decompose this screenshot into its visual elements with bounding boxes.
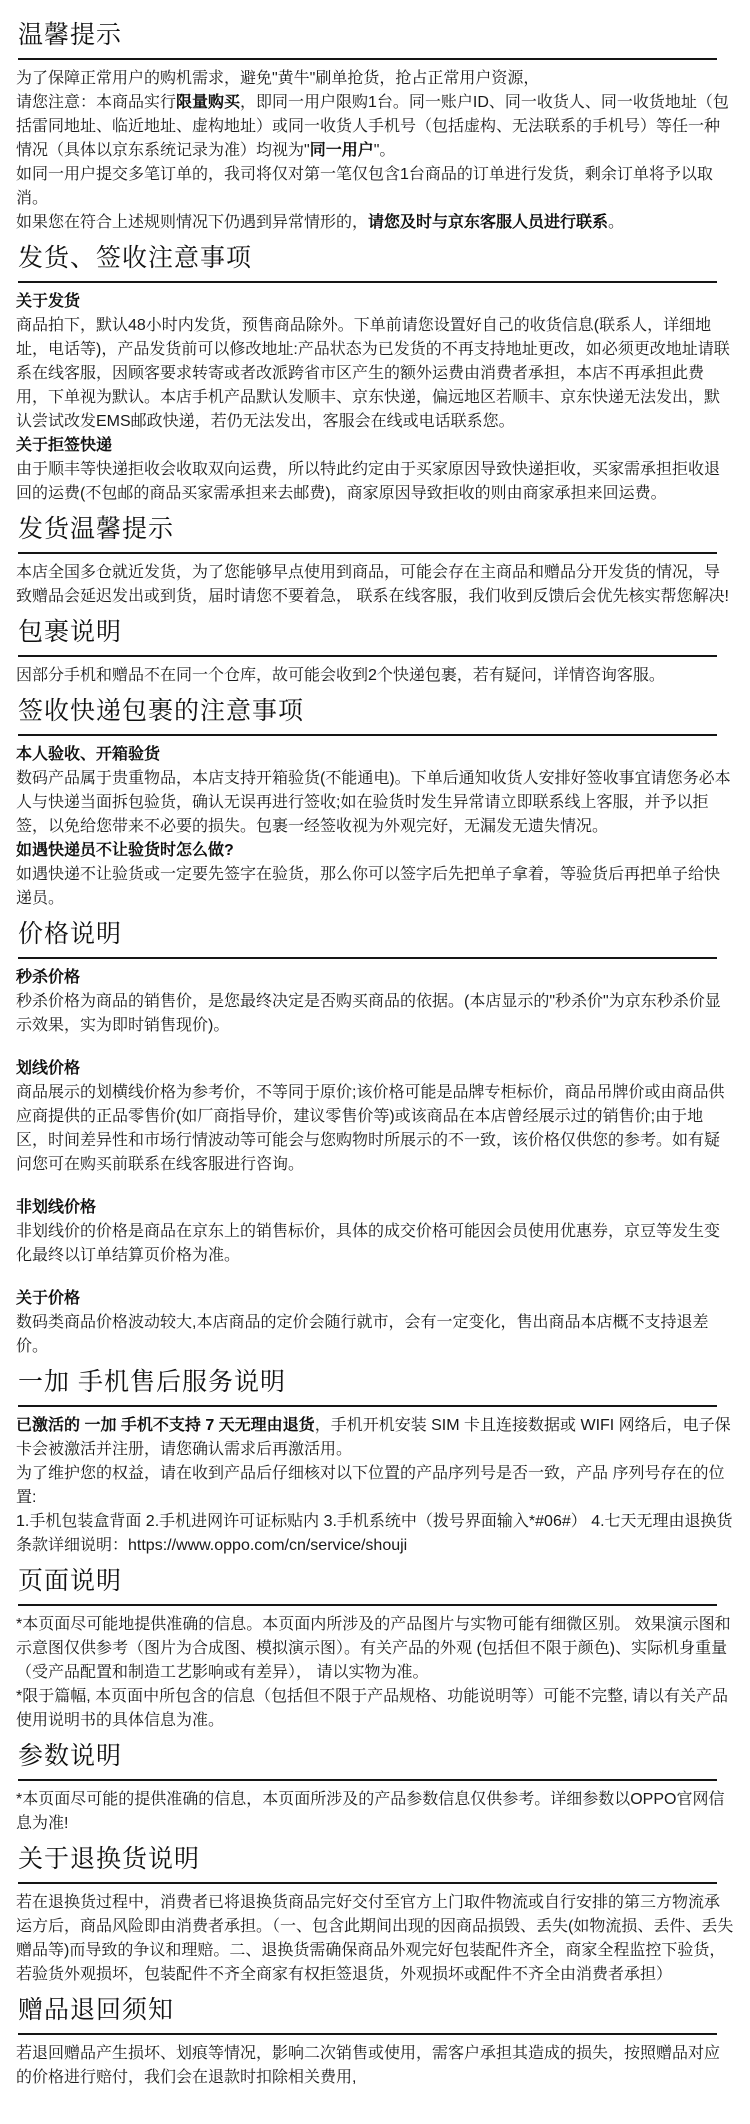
section-divider	[18, 655, 717, 657]
notice-section: 签收快递包裹的注意事项本人验收、开箱验货数码产品属于贵重物品，本店支持开箱验货(…	[16, 696, 735, 911]
notice-section: 温馨提示为了保障正常用户的购机需求，避免"黄牛"刷单抢货，抢占正常用户资源，请您…	[16, 20, 735, 235]
paragraph: 1.手机包装盒背面 2.手机进网许可证标贴内 3.手机系统中（拨号界面输入*#0…	[16, 1510, 735, 1558]
notice-section: 关于退换货说明若在退换货过程中，消费者已将退换货商品完好交付至官方上门取件物流或…	[16, 1844, 735, 1987]
section-title: 发货、签收注意事项	[18, 243, 735, 274]
text-run: 1.手机包装盒背面 2.手机进网许可证标贴内 3.手机系统中（拨号界面输入*#0…	[16, 1513, 733, 1554]
section-title: 温馨提示	[18, 20, 735, 51]
notice-section: 发货、签收注意事项关于发货商品拍下，默认48小时内发货，预售商品除外。下单前请您…	[16, 243, 735, 506]
section-title: 一加 手机售后服务说明	[18, 1367, 735, 1398]
notice-section: 一加 手机售后服务说明已激活的 一加 手机不支持 7 天无理由退货，手机开机安装…	[16, 1367, 735, 1558]
subsection-title: 如遇快递员不让验货时怎么做?	[16, 839, 735, 863]
text-run: "。	[374, 142, 396, 159]
paragraph: 若在退换货过程中，消费者已将退换货商品完好交付至官方上门取件物流或自行安排的第三…	[16, 1891, 735, 1987]
emphasis-text: 关于发货	[16, 293, 80, 310]
notice-section: 赠品退回须知若退回赠品产生损坏、划痕等情况，影响二次销售或使用，需客户承担其造成…	[16, 1995, 735, 2090]
text-run: 若退回赠品产生损坏、划痕等情况，影响二次销售或使用，需客户承担其造成的损失，按照…	[16, 2045, 720, 2086]
text-run: 秒杀价格为商品的销售价，是您最终决定是否购买商品的依据。(本店显示的"秒杀价"为…	[16, 993, 721, 1034]
text-run: 。	[608, 214, 624, 231]
text-run: 数码产品属于贵重物品，本店支持开箱验货(不能通电)。下单后通知收货人安排好签收事…	[16, 770, 731, 835]
emphasis-text: 限量购买	[176, 94, 240, 111]
notice-section: 页面说明*本页面尽可能地提供准确的信息。本页面内所涉及的产品图片与实物可能有细微…	[16, 1566, 735, 1733]
section-body: 关于发货商品拍下，默认48小时内发货，预售商品除外。下单前请您设置好自己的收货信…	[16, 290, 735, 506]
section-body: *本页面尽可能地提供准确的信息。本页面内所涉及的产品图片与实物可能有细微区别。 …	[16, 1613, 735, 1733]
paragraph: 数码产品属于贵重物品，本店支持开箱验货(不能通电)。下单后通知收货人安排好签收事…	[16, 767, 735, 839]
subsection-title: 关于价格	[16, 1287, 735, 1311]
product-notice-long-image: { "colors": { "background": "#ffffff", "…	[0, 0, 750, 2124]
text-run: 如果您在符合上述规则情况下仍遇到异常情形的，	[16, 214, 368, 231]
subsection-title: 非划线价格	[16, 1196, 735, 1220]
emphasis-text: 秒杀价格	[16, 969, 80, 986]
section-divider	[18, 552, 717, 554]
section-title: 参数说明	[18, 1741, 735, 1772]
text-run: 数码类商品价格波动较大,本店商品的定价会随行就市，会有一定变化，售出商品本店概不…	[16, 1314, 708, 1355]
section-body: 若在退换货过程中，消费者已将退换货商品完好交付至官方上门取件物流或自行安排的第三…	[16, 1891, 735, 1987]
emphasis-text: 非划线价格	[16, 1199, 96, 1216]
section-divider	[18, 957, 717, 959]
emphasis-text: 本人验收、开箱验货	[16, 746, 160, 763]
paragraph: 秒杀价格为商品的销售价，是您最终决定是否购买商品的依据。(本店显示的"秒杀价"为…	[16, 990, 735, 1038]
paragraph: 由于顺丰等快递拒收会收取双向运费，所以特此约定由于买家原因导致快递拒收，买家需承…	[16, 458, 735, 506]
notice-section: 包裹说明因部分手机和赠品不在同一个仓库，故可能会收到2个快递包裹，若有疑问，详情…	[16, 617, 735, 688]
section-title: 价格说明	[18, 919, 735, 950]
section-body: 若退回赠品产生损坏、划痕等情况，影响二次销售或使用，需客户承担其造成的损失，按照…	[16, 2042, 735, 2090]
text-run: 商品拍下，默认48小时内发货，预售商品除外。下单前请您设置好自己的收货信息(联系…	[16, 317, 730, 430]
paragraph: 因部分手机和赠品不在同一个仓库，故可能会收到2个快递包裹，若有疑问，详情咨询客服…	[16, 664, 735, 688]
paragraph: 如同一用户提交多笔订单的，我司将仅对第一笔仅包含1台商品的订单进行发货，剩余订单…	[16, 163, 735, 211]
paragraph: 数码类商品价格波动较大,本店商品的定价会随行就市，会有一定变化，售出商品本店概不…	[16, 1311, 735, 1359]
text-run: 非划线价的价格是商品在京东上的销售标价，具体的成交价格可能因会员使用优惠券，京豆…	[16, 1223, 720, 1264]
section-divider	[18, 2033, 717, 2035]
paragraph: 本店全国多仓就近发货，为了您能够早点使用到商品，可能会存在主商品和赠品分开发货的…	[16, 561, 735, 609]
section-title: 包裹说明	[18, 617, 735, 648]
text-run: *限于篇幅, 本页面中所包含的信息（包括但不限于产品规格、功能说明等）可能不完整…	[16, 1688, 728, 1729]
paragraph: 为了保障正常用户的购机需求，避免"黄牛"刷单抢货，抢占正常用户资源，	[16, 67, 735, 91]
subsection-title: 秒杀价格	[16, 966, 735, 990]
text-run: 如同一用户提交多笔订单的，我司将仅对第一笔仅包含1台商品的订单进行发货，剩余订单…	[16, 166, 713, 207]
section-body: *本页面尽可能的提供准确的信息，本页面所涉及的产品参数信息仅供参考。详细参数以O…	[16, 1788, 735, 1836]
section-body: 秒杀价格秒杀价格为商品的销售价，是您最终决定是否购买商品的依据。(本店显示的"秒…	[16, 966, 735, 1359]
section-divider	[18, 1405, 717, 1407]
paragraph: 为了维护您的权益，请在收到产品后仔细核对以下位置的产品序列号是否一致，产品 序列…	[16, 1462, 735, 1510]
paragraph: *限于篇幅, 本页面中所包含的信息（包括但不限于产品规格、功能说明等）可能不完整…	[16, 1685, 735, 1733]
text-run: 为了维护您的权益，请在收到产品后仔细核对以下位置的产品序列号是否一致，产品 序列…	[16, 1465, 724, 1506]
emphasis-text: 划线价格	[16, 1060, 80, 1077]
section-title: 发货温馨提示	[18, 514, 735, 545]
subsection-title: 本人验收、开箱验货	[16, 743, 735, 767]
section-divider	[18, 58, 717, 60]
section-body: 本人验收、开箱验货数码产品属于贵重物品，本店支持开箱验货(不能通电)。下单后通知…	[16, 743, 735, 911]
paragraph: 请您注意：本商品实行限量购买，即同一用户限购1台。同一账户ID、同一收货人、同一…	[16, 91, 735, 163]
paragraph: 已激活的 一加 手机不支持 7 天无理由退货，手机开机安装 SIM 卡且连接数据…	[16, 1414, 735, 1462]
text-run: *本页面尽可能地提供准确的信息。本页面内所涉及的产品图片与实物可能有细微区别。 …	[16, 1616, 731, 1681]
text-run: 因部分手机和赠品不在同一个仓库，故可能会收到2个快递包裹，若有疑问，详情咨询客服…	[16, 667, 665, 684]
section-divider	[18, 1604, 717, 1606]
section-body: 因部分手机和赠品不在同一个仓库，故可能会收到2个快递包裹，若有疑问，详情咨询客服…	[16, 664, 735, 688]
paragraph: 商品拍下，默认48小时内发货，预售商品除外。下单前请您设置好自己的收货信息(联系…	[16, 314, 735, 434]
text-run: 若在退换货过程中，消费者已将退换货商品完好交付至官方上门取件物流或自行安排的第三…	[16, 1894, 733, 1983]
section-divider	[18, 734, 717, 736]
section-divider	[18, 281, 717, 283]
text-run: 请您注意：本商品实行	[16, 94, 176, 111]
section-title: 赠品退回须知	[18, 1995, 735, 2026]
emphasis-text: 同一用户	[310, 142, 374, 159]
subsection-title: 划线价格	[16, 1057, 735, 1081]
paragraph: 如遇快递不让验货或一定要先签字在验货，那么你可以签字后先把单子拿着，等验货后再把…	[16, 863, 735, 911]
text-run: *本页面尽可能的提供准确的信息，本页面所涉及的产品参数信息仅供参考。详细参数以O…	[16, 1791, 724, 1832]
emphasis-text: 关于价格	[16, 1290, 80, 1307]
notice-page: 温馨提示为了保障正常用户的购机需求，避免"黄牛"刷单抢货，抢占正常用户资源，请您…	[0, 0, 750, 2124]
paragraph: 如果您在符合上述规则情况下仍遇到异常情形的，请您及时与京东客服人员进行联系。	[16, 211, 735, 235]
paragraph: 非划线价的价格是商品在京东上的销售标价，具体的成交价格可能因会员使用优惠券，京豆…	[16, 1220, 735, 1268]
text-run: 由于顺丰等快递拒收会收取双向运费，所以特此约定由于买家原因导致快递拒收，买家需承…	[16, 461, 720, 502]
notice-section: 参数说明*本页面尽可能的提供准确的信息，本页面所涉及的产品参数信息仅供参考。详细…	[16, 1741, 735, 1836]
section-title: 页面说明	[18, 1566, 735, 1597]
text-run: 如遇快递不让验货或一定要先签字在验货，那么你可以签字后先把单子拿着，等验货后再把…	[16, 866, 720, 907]
section-divider	[18, 1882, 717, 1884]
section-divider	[18, 1779, 717, 1781]
section-body: 为了保障正常用户的购机需求，避免"黄牛"刷单抢货，抢占正常用户资源，请您注意：本…	[16, 67, 735, 235]
section-body: 本店全国多仓就近发货，为了您能够早点使用到商品，可能会存在主商品和赠品分开发货的…	[16, 561, 735, 609]
text-run: 为了保障正常用户的购机需求，避免"黄牛"刷单抢货，抢占正常用户资源，	[16, 70, 539, 87]
subsection-title: 关于拒签快递	[16, 434, 735, 458]
emphasis-text: 如遇快递员不让验货时怎么做?	[16, 842, 234, 859]
text-run: 商品展示的划横线价格为参考价，不等同于原价;该价格可能是品牌专柜标价，商品吊牌价…	[16, 1084, 724, 1173]
section-title: 签收快递包裹的注意事项	[18, 696, 735, 727]
section-body: 已激活的 一加 手机不支持 7 天无理由退货，手机开机安装 SIM 卡且连接数据…	[16, 1414, 735, 1558]
paragraph: *本页面尽可能的提供准确的信息，本页面所涉及的产品参数信息仅供参考。详细参数以O…	[16, 1788, 735, 1836]
paragraph: *本页面尽可能地提供准确的信息。本页面内所涉及的产品图片与实物可能有细微区别。 …	[16, 1613, 735, 1685]
emphasis-text: 已激活的 一加 手机不支持 7 天无理由退货	[16, 1417, 315, 1434]
emphasis-text: 请您及时与京东客服人员进行联系	[368, 214, 608, 231]
section-title: 关于退换货说明	[18, 1844, 735, 1875]
subsection-title: 关于发货	[16, 290, 735, 314]
notice-section: 发货温馨提示本店全国多仓就近发货，为了您能够早点使用到商品，可能会存在主商品和赠…	[16, 514, 735, 609]
paragraph: 若退回赠品产生损坏、划痕等情况，影响二次销售或使用，需客户承担其造成的损失，按照…	[16, 2042, 735, 2090]
notice-section: 价格说明秒杀价格秒杀价格为商品的销售价，是您最终决定是否购买商品的依据。(本店显…	[16, 919, 735, 1359]
paragraph: 商品展示的划横线价格为参考价，不等同于原价;该价格可能是品牌专柜标价，商品吊牌价…	[16, 1081, 735, 1177]
emphasis-text: 关于拒签快递	[16, 437, 112, 454]
text-run: 本店全国多仓就近发货，为了您能够早点使用到商品，可能会存在主商品和赠品分开发货的…	[16, 564, 729, 605]
